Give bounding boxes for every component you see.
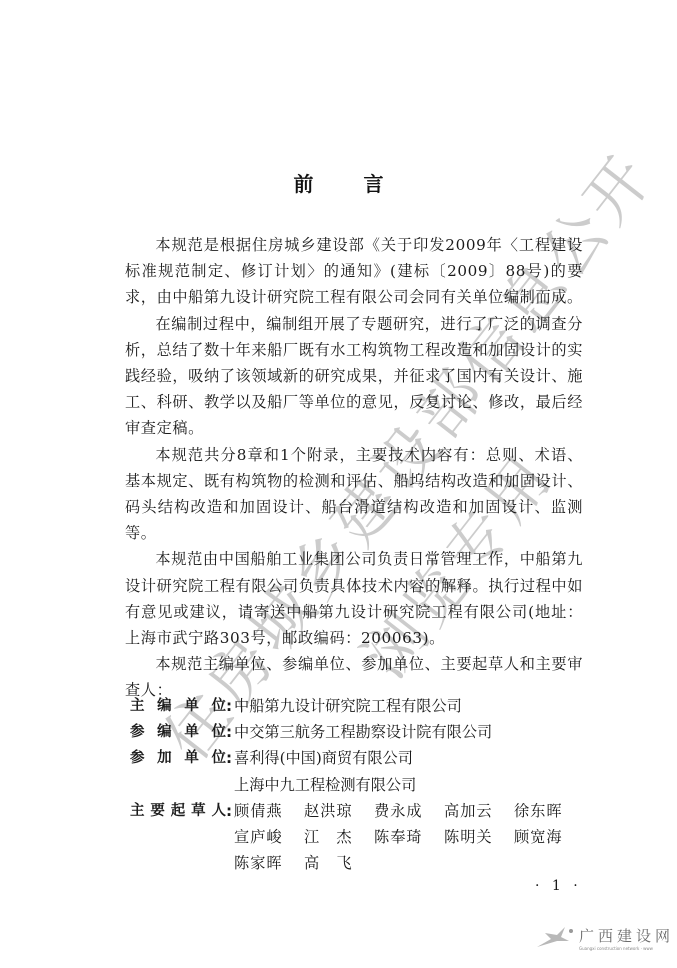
document-page: 住房城乡建设部信息公开 浏览专用 前言 本规范是根据住房城乡建设部《关于印发20… xyxy=(0,0,677,968)
role-chief-editor-unit: 主编单位 : 中船第九设计研究院工程有限公司 xyxy=(130,693,584,719)
drafter-name: 江 杰 xyxy=(304,824,374,850)
paragraph-contents: 本规范共分8章和1个附录，主要技术内容有：总则、术语、基本规定、既有构筑物的检测… xyxy=(125,442,583,547)
drafter-name: 陈家晖 xyxy=(234,850,304,876)
page-title: 前言 xyxy=(0,168,677,197)
drafter-name: 徐东晖 xyxy=(514,798,584,824)
drafter-name: 高 飞 xyxy=(304,850,374,876)
drafter-name: 赵洪琼 xyxy=(304,798,374,824)
star-logo-icon xyxy=(535,925,575,951)
role-value: 上海中九工程检测有限公司 xyxy=(234,772,416,798)
drafter-name: 费永成 xyxy=(374,798,444,824)
drafter-name: 顾宽海 xyxy=(514,824,584,850)
role-value: 中交第三航务工程勘察设计院有限公司 xyxy=(234,719,492,745)
title-char-2: 言 xyxy=(364,168,384,197)
role-co-editor-unit: 参编单位 : 中交第三航务工程勘察设计院有限公司 xyxy=(130,719,584,745)
title-char-1: 前 xyxy=(294,168,314,197)
site-logo: 广西建设网 Guangxi construction network · www xyxy=(535,925,674,951)
paragraph-management: 本规范由中国船舶工业集团公司负责日常管理工作，中船第九设计研究院工程有限公司负责… xyxy=(125,546,583,651)
role-main-drafters: 主要起草人 : 顾倩燕 赵洪琼 费永成 高加云 徐东晖 宣庐峻 江 杰 陈奉琦 … xyxy=(130,798,584,877)
role-label: 参编单位 xyxy=(130,719,226,745)
role-value: 喜利得(中国)商贸有限公司 xyxy=(234,745,416,771)
role-participant-units: 参加单位 : 喜利得(中国)商贸有限公司 上海中九工程检测有限公司 xyxy=(130,745,584,797)
drafter-name: 宣庐峻 xyxy=(234,824,304,850)
logo-subtitle: Guangxi construction network · www xyxy=(579,946,674,951)
role-value: 中船第九设计研究院工程有限公司 xyxy=(234,693,462,719)
units-and-people: 主编单位 : 中船第九设计研究院工程有限公司 参编单位 : 中交第三航务工程勘察… xyxy=(130,693,584,876)
role-label: 主要起草人 xyxy=(130,798,226,877)
role-label: 主编单位 xyxy=(130,693,226,719)
role-label: 参加单位 xyxy=(130,745,226,797)
preface-body: 本规范是根据住房城乡建设部《关于印发2009年〈工程建设标准规范制定、修订计划〉… xyxy=(125,232,583,704)
page-number: · 1 · xyxy=(535,878,582,894)
drafter-name: 陈奉琦 xyxy=(374,824,444,850)
drafter-name: 顾倩燕 xyxy=(234,798,304,824)
paragraph-process: 在编制过程中，编制组开展了专题研究，进行了广泛的调查分析，总结了数十年来船厂既有… xyxy=(125,311,583,442)
drafter-names: 顾倩燕 赵洪琼 费永成 高加云 徐东晖 宣庐峻 江 杰 陈奉琦 陈明关 顾宽海 … xyxy=(234,798,584,877)
drafter-name: 陈明关 xyxy=(444,824,514,850)
paragraph-basis: 本规范是根据住房城乡建设部《关于印发2009年〈工程建设标准规范制定、修订计划〉… xyxy=(125,232,583,311)
drafter-name: 高加云 xyxy=(444,798,514,824)
logo-name: 广西建设网 xyxy=(579,925,674,946)
